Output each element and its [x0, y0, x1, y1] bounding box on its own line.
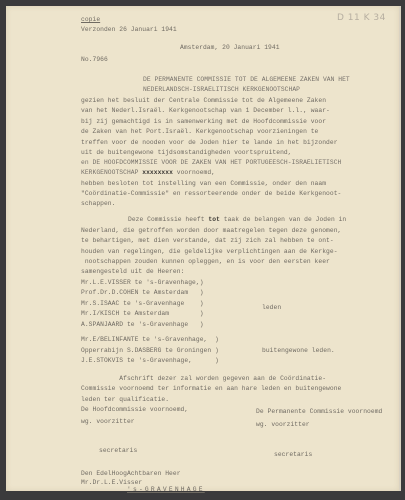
paragraph-text: taak de belangen van de Joden in — [220, 216, 346, 223]
body-line: en DE HOOFDCOMMISSIE VOOR DE ZAKEN VAN H… — [81, 159, 341, 166]
paragraph-line: nootschappen zouden kunnen opleggen, en … — [81, 258, 330, 265]
body-line: de Zaken van het Port.Israël. Kerkgenoot… — [81, 128, 318, 135]
struck-text: tot — [208, 216, 220, 223]
body-line: hebben besloten tot instelling van een C… — [81, 180, 326, 187]
page-edge — [399, 6, 401, 491]
copy-label: copie — [81, 16, 100, 23]
sent-date: Verzonden 26 Januari 1941 — [81, 26, 177, 33]
closing-line: Commissie voornoemd ter informatie en aa… — [81, 385, 341, 392]
body-line: bij zij gemachtigd is in samenwerking me… — [81, 118, 326, 125]
extra-member-line: Opperrabijn S.DASBERG te Groningen ) — [81, 347, 219, 354]
addressee-line-2: Mr.Dr.L.E.Visser — [81, 479, 142, 486]
members-label: leden — [262, 304, 281, 311]
archive-mark: D 11 K 34 — [337, 13, 386, 23]
paragraph-line: Deze Commissie heeft tot taak de belange… — [128, 216, 346, 223]
body-line: schappen. — [81, 200, 115, 207]
member-line: Mr.S.ISAAC te 's-Gravenhage ) — [81, 300, 204, 307]
body-line: KERKGENOOTSCHAP xxxxxxxx voornoemd, — [81, 169, 215, 176]
left-signatory-org: De Hoofdcommissie voornoemd, — [81, 406, 188, 413]
extra-member-line: J.E.STOKVIS te 's-Gravenhage, ) — [81, 357, 219, 364]
title-line-1: DE PERMANENTE COMMISSIE TOT DE ALGEMEENE… — [143, 76, 350, 83]
member-line: Mr.I/KISCH te Amsterdam ) — [81, 310, 204, 317]
right-signatory-org: De Permanente Commissie voornoemd — [256, 408, 382, 415]
extra-members-label: buitengewone leden. — [262, 347, 335, 354]
body-text: voornoemd, — [173, 169, 215, 176]
closing-line: Afschrift dezer zal worden gegeven aan d… — [81, 375, 326, 382]
paragraph-line: samengesteld uit de Heeren: — [81, 268, 184, 275]
paragraph-line: Nederland, die getroffen worden door maa… — [81, 227, 341, 234]
paragraph-line: houden van regelingen, die geldelijke ve… — [81, 248, 338, 255]
right-signatory-secretary: secretaris — [274, 451, 312, 458]
body-line: gezien het besluit der Centrale Commissi… — [81, 97, 326, 104]
paragraph-text: Deze Commissie heeft — [128, 216, 208, 223]
paragraph-line: te behartigen, met dien verstande, dat z… — [81, 237, 334, 244]
left-signatory-chair: wg. voorzitter — [81, 418, 135, 425]
member-line: Mr.L.E.VISSER te 's-Gravenhage,) — [81, 279, 204, 286]
title-line-2: NEDERLANDSCH-ISRAELITISCH KERKGENOOTSCHA… — [143, 86, 300, 93]
right-signatory-chair: wg. voorzitter — [256, 421, 310, 428]
addressee-city: 's-GRAVENHAGE — [127, 486, 205, 493]
body-line: uit de buitengewone tijdsomstandigheden … — [81, 149, 292, 156]
body-line: van het Nederl.Israël. Kerkgenootschap v… — [81, 107, 330, 114]
body-line: treffen voor de nooden voor de Joden hie… — [81, 139, 338, 146]
addressee-line-1: Den EdelHoogAchtbaren Heer — [81, 470, 181, 477]
closing-line: leden ter qualificatie. — [81, 396, 169, 403]
member-line: Prof.Dr.D.COHEN te Amsterdam ) — [81, 289, 204, 296]
body-text: KERKGENOOTSCHAP — [81, 169, 142, 176]
left-signatory-secretary: secretaris — [99, 447, 137, 454]
extra-member-line: Mr.E/BELINFANTE te 's-Gravenhage, ) — [81, 336, 219, 343]
member-line: A.SPANJAARD te 's-Gravenhage ) — [81, 321, 204, 328]
reference-number: No.7966 — [81, 56, 108, 63]
place-date: Amsterdam, 20 Januari 1941 — [180, 44, 280, 51]
body-line: "Coördinatie-Commissie" en ressorteerend… — [81, 190, 341, 197]
struck-text: xxxxxxxx — [142, 169, 173, 176]
